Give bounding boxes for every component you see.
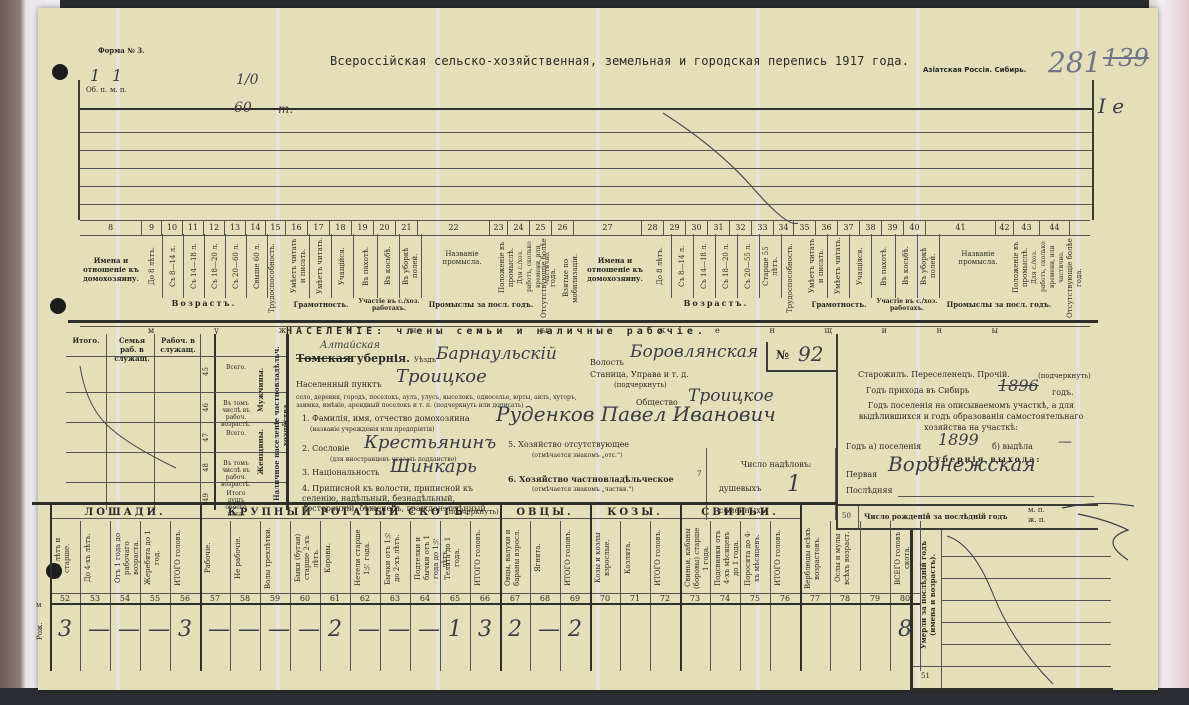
trade-position-male: Положеніе въ промыслѣ. <box>498 238 516 296</box>
livestock-group-title: КОЗЫ. <box>590 507 680 519</box>
column-number: 21 <box>396 221 418 235</box>
livestock-group-divider <box>800 505 802 671</box>
region-label: Азіатская Россія. Сибирь. <box>923 66 1026 74</box>
column-number: 10 <box>162 221 183 235</box>
ability-female: Трудоспособность. <box>786 238 795 318</box>
livestock-table: мРож.ЛОШАДИ.4-хъ лѣтъ и старше.523До 4-х… <box>30 505 906 675</box>
livestock-column-label: Поросята до 4-хъ мѣсяцевъ. <box>744 527 766 589</box>
livestock-column-number: 53 <box>80 593 110 605</box>
female-age-column-label: Съ 20—55 л. <box>744 237 753 295</box>
population-banner: НАСЕЛЕНІЕ: члены семьи и наличные рабочі… <box>286 326 707 337</box>
first-origin-label: Первая <box>846 470 877 479</box>
handwritten-mark: 1 <box>112 66 122 85</box>
livestock-value[interactable]: 1 <box>448 617 462 642</box>
female-age-column: Старше 55 лѣтъ. <box>760 234 782 298</box>
livestock-column-number: 56 <box>170 593 200 605</box>
male-age-column: Съ 18—20 л. <box>205 234 226 298</box>
column-number: 19 <box>352 221 374 235</box>
q2-label: 2. Сословіе <box>302 444 349 453</box>
q6-sub: (отмѣчается знакомъ „частнв.“) <box>532 486 634 493</box>
male-literacy-column: Умѣетъ читать. <box>310 234 332 298</box>
livestock-group-divider <box>50 505 52 671</box>
summary-row-label: Всего. <box>218 430 254 437</box>
livestock-value[interactable]: — <box>298 617 320 642</box>
births-f: ж. п. <box>1028 516 1046 524</box>
male-literacy-column-label: Умѣетъ читать и писать. <box>290 237 308 295</box>
livestock-column-number: 70 <box>590 593 620 605</box>
livestock-column-number: 61 <box>320 593 350 605</box>
volost-value[interactable]: Боровлянская <box>630 342 758 362</box>
livestock-column-number: 77 <box>800 593 830 605</box>
livestock-group-divider <box>200 505 202 671</box>
livestock-column-label: Коровы. <box>324 527 346 589</box>
male-age-column-label: Съ 14—18 л. <box>190 237 199 295</box>
male-literacy-column-label: Умѣетъ читать. <box>316 237 325 295</box>
livestock-column-label: Телята до 1 года. <box>444 527 466 589</box>
men-label: Мужчины. <box>256 362 265 418</box>
livestock-column-number: 76 <box>770 593 800 605</box>
livestock-column-label: Ягнята. <box>534 527 556 589</box>
year-b-value[interactable]: — <box>1058 434 1072 450</box>
livestock-value[interactable]: — <box>358 617 380 642</box>
summary-row-label: Въ томъ числѣ въ рабоч. возрастѣ. <box>218 400 254 428</box>
female-literacy-column: Умѣетъ читать. <box>828 234 850 298</box>
archive-number: 281 <box>1048 46 1101 79</box>
male-farm-column: Въ косьбѣ. <box>378 234 400 298</box>
female-age-column-label: До 8 лѣтъ. <box>656 237 665 295</box>
male-literacy-column: Умѣетъ читать и писать. <box>288 234 310 298</box>
uezd-label: Уѣздъ <box>414 356 436 364</box>
livestock-column-label: Отъ 1 года до рабочаго возраста. <box>114 527 136 589</box>
livestock-column-label: Свиньи, кабаны (боровы) старше 1 года. <box>684 527 706 589</box>
column-number: 29 <box>664 221 686 235</box>
livestock-value[interactable]: 3 <box>58 617 72 642</box>
q5-sub: (отмѣчается знакомъ „отс.“) <box>532 452 622 459</box>
female-farm-column-label: Въ пахотѣ. <box>880 237 889 295</box>
livestock-column-number: 55 <box>140 593 170 605</box>
province-printed: Томская <box>296 352 351 365</box>
trade-label-female: Промыслы за посл. годъ. <box>944 300 1054 309</box>
livestock-column-number: 65 <box>440 593 470 605</box>
livestock-column-number: 68 <box>530 593 560 605</box>
handwritten-mark: 60 <box>234 100 252 116</box>
female-age-column-label: Съ 8—14 л. <box>678 237 687 295</box>
male-age-column-label: Съ 18—20 л. <box>211 237 220 295</box>
column-number: 30 <box>686 221 708 235</box>
sex-letter: е <box>715 326 720 335</box>
livestock-value[interactable]: — <box>238 617 260 642</box>
handwritten-mark: 1/0 <box>236 72 259 88</box>
livestock-group-title: КРУПНЫЙ РОГАТЫЙ СКОТЪ. <box>200 507 500 519</box>
livestock-column-label: Верблюды всѣхъ возрастовъ. <box>804 527 826 589</box>
ability-male: Трудоспособность. <box>268 238 277 318</box>
volost-label: Волость <box>590 358 624 367</box>
column-number: 43 <box>1014 221 1040 235</box>
province-handwritten: Алтайская <box>320 340 380 351</box>
livestock-group-title: СВИНЬИ. <box>680 507 800 519</box>
upper-header: Имена и отношеніе къ домохозяину. До 8 л… <box>80 234 1090 327</box>
arrival-value[interactable]: 1896 <box>998 376 1039 395</box>
male-age-column-label: Съ 8—14 л. <box>169 237 178 295</box>
summary-row-num: 48 <box>202 458 211 478</box>
women-label: Женщины. <box>256 424 265 480</box>
male-farm-column-label: Въ косьбѣ. <box>384 237 393 295</box>
household-number-box: № 92 <box>766 342 838 372</box>
q6-label: 6. Хозяйство частновладѣльческое <box>508 474 674 484</box>
male-farm-column: Въ пахотѣ. <box>356 234 378 298</box>
female-farm-column: Въ уборкѣ полей. <box>918 234 940 298</box>
livestock-group-divider <box>680 505 682 671</box>
livestock-column-number: 66 <box>470 593 500 605</box>
births-m: м. п. <box>1028 506 1045 514</box>
sex-letter: н <box>769 326 774 335</box>
female-farm-columns: Въ пахотѣ.Въ косьбѣ.Въ уборкѣ полей. <box>874 234 940 298</box>
livestock-column-number: 60 <box>290 593 320 605</box>
column-number: 9 <box>142 221 162 235</box>
mobilized-male: Взятые по мобилизаціи. <box>562 238 580 318</box>
livestock-value[interactable]: — <box>268 617 290 642</box>
trade-position-female: Положеніе въ промыслѣ. <box>1012 238 1030 296</box>
male-age-columns: До 8 лѣтъ.Съ 8—14 л.Съ 14—18 л.Съ 18—20 … <box>142 234 268 298</box>
divider <box>286 334 289 510</box>
volost-note: (подчеркнуть) <box>614 381 667 389</box>
handwritten-mark: 1 <box>90 66 100 85</box>
deaths-label: Умерли за послѣдній годъ (имена и возрас… <box>919 540 937 650</box>
livestock-column-label: Быки (бугаи) старше 2-хъ лѣтъ. <box>294 527 316 589</box>
allotment-soul-value[interactable]: 1 <box>787 472 801 497</box>
settlement-label: Населенный пунктъ <box>296 380 382 389</box>
livestock-column-number: 71 <box>620 593 650 605</box>
column-number: 28 <box>642 221 664 235</box>
column-number: 35 <box>794 221 816 235</box>
q3-label: 3. Національность <box>302 468 379 477</box>
summary-row-num: 47 <box>202 428 211 448</box>
column-number: 11 <box>183 221 204 235</box>
female-literacy-column-label: Учащіяся. <box>856 237 865 295</box>
female-age-columns: До 8 лѣтъ.Съ 8—14 л.Съ 14—18 л.Съ 18—20 … <box>650 234 782 298</box>
summary-row-num: 46 <box>202 398 211 418</box>
q1-value[interactable]: Руденков Павел Иванович <box>496 402 776 426</box>
livestock-column-label: Жеребята до 1 год. <box>144 527 166 589</box>
literacy-label-female: Грамотность. <box>806 300 872 309</box>
livestock-column-label: Подтелки и бычки отъ 1 года до 1½ лѣтъ. <box>414 527 436 589</box>
trade-name-female: Названіе промысла. <box>948 250 1008 266</box>
column-number: 18 <box>330 221 352 235</box>
livestock-value[interactable]: 2 <box>568 617 582 642</box>
male-age-column-label: Свыше 60 л. <box>253 237 262 295</box>
livestock-column-label: Козы и козлы взрослые. <box>594 527 616 589</box>
male-age-column: Съ 8—14 л. <box>163 234 184 298</box>
column-number: 8 <box>80 221 142 235</box>
deaths-section: Умерли за послѣдній годъ (имена и возрас… <box>910 530 1113 691</box>
female-age-column-label: Съ 14—18 л. <box>700 237 709 295</box>
column-number: 38 <box>860 221 882 235</box>
column-number: 41 <box>926 221 996 235</box>
column-number: 39 <box>882 221 904 235</box>
settlement-year-text: Годъ поселенія на описываемомъ участкѣ, … <box>846 400 1096 433</box>
trade-time-female: Для с./хоз. работъ, сколько времени, или… <box>1030 238 1066 296</box>
livestock-value[interactable]: 2 <box>508 617 522 642</box>
livestock-column-number: 75 <box>740 593 770 605</box>
female-age-column-label: Старше 55 лѣтъ. <box>762 237 780 295</box>
top-left-label: м. п. <box>110 86 127 94</box>
livestock-group-divider <box>590 505 592 671</box>
column-number: 20 <box>374 221 396 235</box>
migration-status: Старожилъ. Переселенецъ. Прочій. <box>858 370 1010 379</box>
year-b-label: б) выдѣла <box>992 442 1033 451</box>
female-age-column: Съ 8—14 л. <box>672 234 694 298</box>
migration-section: Старожилъ. Переселенецъ. Прочій. (подчер… <box>836 334 1100 504</box>
summary-header-family: Семья раб. в служащ. <box>110 336 154 363</box>
livestock-group-divider <box>500 505 502 671</box>
female-literacy-column: Умѣетъ читать и писать. <box>806 234 828 298</box>
column-number: 14 <box>246 221 266 235</box>
livestock-column-label <box>864 527 886 589</box>
summary-header-total: Итого. <box>68 336 104 345</box>
sex-letter: щ <box>824 326 831 335</box>
farm-label-female: Участіе въ с./хоз. работахъ. <box>874 298 940 312</box>
livestock-column-label: Рабочіе. <box>204 527 226 589</box>
summary-header-workers: Рабоч. в служащ. <box>156 336 200 354</box>
column-number: 31 <box>708 221 730 235</box>
male-farm-column-label: Въ уборкѣ полей. <box>402 237 420 295</box>
q1-label: 1. Фамилія, имя, отчество домохозяина <box>302 414 470 423</box>
livestock-column-label: Бычки отъ 1½ до 2-хъ лѣтъ. <box>384 527 406 589</box>
livestock-column-number: 64 <box>410 593 440 605</box>
male-literacy-column-label: Учащійся. <box>338 237 347 295</box>
female-age-column: Съ 18—20 л. <box>716 234 738 298</box>
livestock-column-label: Ослы и мулы всѣхъ возраст. <box>834 527 856 589</box>
livestock-column-label: ИТОГО головъ. <box>774 527 796 589</box>
trade-label-male: Промыслы за посл. годъ. <box>426 300 536 309</box>
document-title: Всероссійская сельско-хозяйственная, зем… <box>330 54 909 68</box>
last-origin-label: Послѣдняя <box>846 486 893 495</box>
column-number: 37 <box>838 221 860 235</box>
age-label-male: Возрастъ. <box>142 298 266 308</box>
summary-row-label: Въ томъ числѣ въ рабоч. возрастѣ. <box>218 460 254 488</box>
column-number: 23 <box>490 221 508 235</box>
form-number: Форма № 3. <box>98 46 145 55</box>
livestock-value[interactable]: 3 <box>178 617 192 642</box>
livestock-column-number: 72 <box>650 593 680 605</box>
relation-header-female: Имена и отношеніе къ домохозяину. <box>582 256 648 283</box>
q7-num: 7 <box>697 470 701 478</box>
livestock-group-title: ОВЦЫ. <box>500 507 590 519</box>
livestock-column-number: 78 <box>830 593 860 605</box>
column-number: 26 <box>552 221 574 235</box>
trade-name-male: Названіе промысла. <box>432 250 492 266</box>
male-literacy-columns: Умѣетъ читать и писать.Умѣетъ читать.Уча… <box>288 234 354 298</box>
relation-header-male: Имена и отношеніе къ домохозяину. <box>82 256 140 283</box>
volost-sub: Станица, Управа и т. д. <box>590 370 689 379</box>
household-number[interactable]: 92 <box>798 342 823 366</box>
livestock-column-label: ИТОГО головъ. <box>564 527 586 589</box>
summary-row-num: 45 <box>202 362 211 382</box>
female-farm-column-label: Въ уборкѣ полей. <box>920 237 938 295</box>
strike-line-icon <box>943 534 1103 686</box>
deaths-num: 51 <box>921 672 930 680</box>
binder-hole-icon <box>52 64 68 80</box>
q5-label: 5. Хозяйство отсутствующее <box>508 440 629 449</box>
age-label-female: Возрастъ. <box>650 298 782 308</box>
q2-value[interactable]: Крестьянинъ <box>364 432 496 453</box>
male-age-column: Свыше 60 л. <box>247 234 268 298</box>
livestock-value[interactable]: 3 <box>478 617 492 642</box>
column-number: 32 <box>730 221 752 235</box>
livestock-column-number: 58 <box>230 593 260 605</box>
livestock-value[interactable]: — <box>538 617 560 642</box>
column-number: 12 <box>204 221 225 235</box>
male-farm-columns: Въ пахотѣ.Въ косьбѣ.Въ уборкѣ полей. <box>356 234 422 298</box>
livestock-column-number: 74 <box>710 593 740 605</box>
column-number: 15 <box>266 221 286 235</box>
female-age-column: Съ 14—18 л. <box>694 234 716 298</box>
column-number: 40 <box>904 221 926 235</box>
handwritten-mark: m. <box>278 102 293 116</box>
livestock-column-label: Нетели старше 1½ года. <box>354 527 376 589</box>
female-literacy-column: Учащіяся. <box>850 234 872 298</box>
livestock-value[interactable]: — <box>208 617 230 642</box>
settlement-value[interactable]: Троицкое <box>396 366 487 387</box>
male-age-column: До 8 лѣтъ. <box>142 234 163 298</box>
livestock-column-label: Подсвинки отъ 4-хъ мѣсяцевъ до 1 года. <box>714 527 736 589</box>
strike-line-icon <box>658 108 808 228</box>
female-farm-column: Въ косьбѣ. <box>896 234 918 298</box>
female-literacy-columns: Умѣетъ читать и писать.Умѣетъ читать.Уча… <box>806 234 872 298</box>
census-form: Форма № 3. Всероссійская сельско-хозяйст… <box>38 8 1158 690</box>
uezd-value[interactable]: Барнаульскій <box>436 344 557 364</box>
male-farm-column-label: Въ пахотѣ. <box>362 237 371 295</box>
male-farm-column: Въ уборкѣ полей. <box>400 234 422 298</box>
absent-male: Отсутствующіе болѣе года. <box>540 238 558 318</box>
male-literacy-column: Учащійся. <box>332 234 354 298</box>
livestock-column-number: 73 <box>680 593 710 605</box>
livestock-value[interactable]: — <box>418 617 440 642</box>
corner-mark: I e <box>1098 94 1124 118</box>
divider <box>68 320 1098 323</box>
female-farm-column-label: Въ косьбѣ. <box>902 237 911 295</box>
female-age-column-label: Съ 18—20 л. <box>722 237 731 295</box>
female-literacy-column-label: Умѣетъ читать. <box>834 237 843 295</box>
column-number: 16 <box>286 221 308 235</box>
livestock-value[interactable]: — <box>88 617 110 642</box>
livestock-group-title: ЛОШАДИ. <box>50 507 200 519</box>
female-age-column: Съ 20—55 л. <box>738 234 760 298</box>
arrival-label: Годъ прихода въ Сибирь <box>866 386 969 395</box>
column-number: 24 <box>508 221 530 235</box>
livestock-column-label: ИТОГО головъ. <box>174 527 196 589</box>
livestock-column-label: 4-хъ лѣтъ и старше. <box>54 527 76 589</box>
summary-table: Итого. Семья раб. в служащ. Рабоч. в слу… <box>66 334 288 510</box>
livestock-column-label: До 4-хъ лѣтъ. <box>84 527 106 589</box>
column-number: 33 <box>752 221 774 235</box>
column-number: 42 <box>996 221 1014 235</box>
livestock-column-number: 69 <box>560 593 590 605</box>
upper-grid <box>78 80 1094 220</box>
column-number: 27 <box>574 221 642 235</box>
province-label: губернія. <box>350 352 410 365</box>
livestock-column-number: 62 <box>350 593 380 605</box>
column-number: 17 <box>308 221 330 235</box>
q3-value[interactable]: Шинкарь <box>390 456 477 477</box>
livestock-side-label: м <box>36 601 41 609</box>
year-a-label: Годъ а) поселенія <box>846 442 921 451</box>
column-number: 36 <box>816 221 838 235</box>
livestock-column-number: 57 <box>200 593 230 605</box>
year-a-value[interactable]: 1899 <box>938 430 979 449</box>
livestock-column-label: Овцы, валухи и бараны взросл. <box>504 527 526 589</box>
livestock-value[interactable]: 2 <box>328 617 342 642</box>
migration-status-note: (подчеркнуть) <box>1038 372 1091 380</box>
livestock-column-number: 54 <box>110 593 140 605</box>
livestock-column-number: 79 <box>860 593 890 605</box>
male-age-column: Съ 20—60 л. <box>226 234 247 298</box>
female-literacy-column-label: Умѣетъ читать и писать. <box>808 237 826 295</box>
first-origin-value[interactable]: Воронежская <box>888 452 1036 476</box>
livestock-column-number: 59 <box>260 593 290 605</box>
livestock-value[interactable]: — <box>118 617 140 642</box>
livestock-column-label: Волы трехлѣтки. <box>264 527 286 589</box>
female-age-column: До 8 лѣтъ. <box>650 234 672 298</box>
livestock-column-number: 63 <box>380 593 410 605</box>
farm-label-male: Участіе въ с./хоз. работахъ. <box>356 298 422 312</box>
male-age-column: Съ 14—18 л. <box>184 234 205 298</box>
female-farm-column: Въ пахотѣ. <box>874 234 896 298</box>
livestock-column-label: Козлята. <box>624 527 646 589</box>
livestock-column-label: ИТОГО головъ. <box>654 527 676 589</box>
summary-row-label: Всего. <box>218 364 254 371</box>
column-number: 44 <box>1040 221 1070 235</box>
livestock-column-number: 67 <box>500 593 530 605</box>
column-number: 25 <box>530 221 552 235</box>
binder-hole-icon <box>50 298 66 314</box>
number-label: № <box>776 348 789 362</box>
allotment-soul-label: душевыхъ <box>719 484 761 493</box>
livestock-side-label: Рож. <box>36 621 45 641</box>
livestock-value[interactable]: — <box>148 617 170 642</box>
livestock-column-number: 52 <box>50 593 80 605</box>
absent-female: Отсутствующіе болѣе года. <box>1066 238 1084 318</box>
arrival-suffix: годъ. <box>1052 388 1074 397</box>
literacy-label-male: Грамотность. <box>288 300 354 309</box>
livestock-column-label: ИТОГО головъ. <box>474 527 496 589</box>
column-number: 22 <box>418 221 490 235</box>
allotment-label: Число надѣловъ: <box>741 460 811 469</box>
livestock-column-label: Не рабочіе. <box>234 527 256 589</box>
male-age-column-label: До 8 лѣтъ. <box>148 237 157 295</box>
column-number: 13 <box>225 221 246 235</box>
strike-line-icon <box>76 364 186 474</box>
top-left-label: Об. п. <box>86 86 107 94</box>
archive-number-struck: 139 <box>1103 44 1149 72</box>
male-age-column-label: Съ 20—60 л. <box>232 237 241 295</box>
column-number: 34 <box>774 221 794 235</box>
livestock-value[interactable]: — <box>388 617 410 642</box>
